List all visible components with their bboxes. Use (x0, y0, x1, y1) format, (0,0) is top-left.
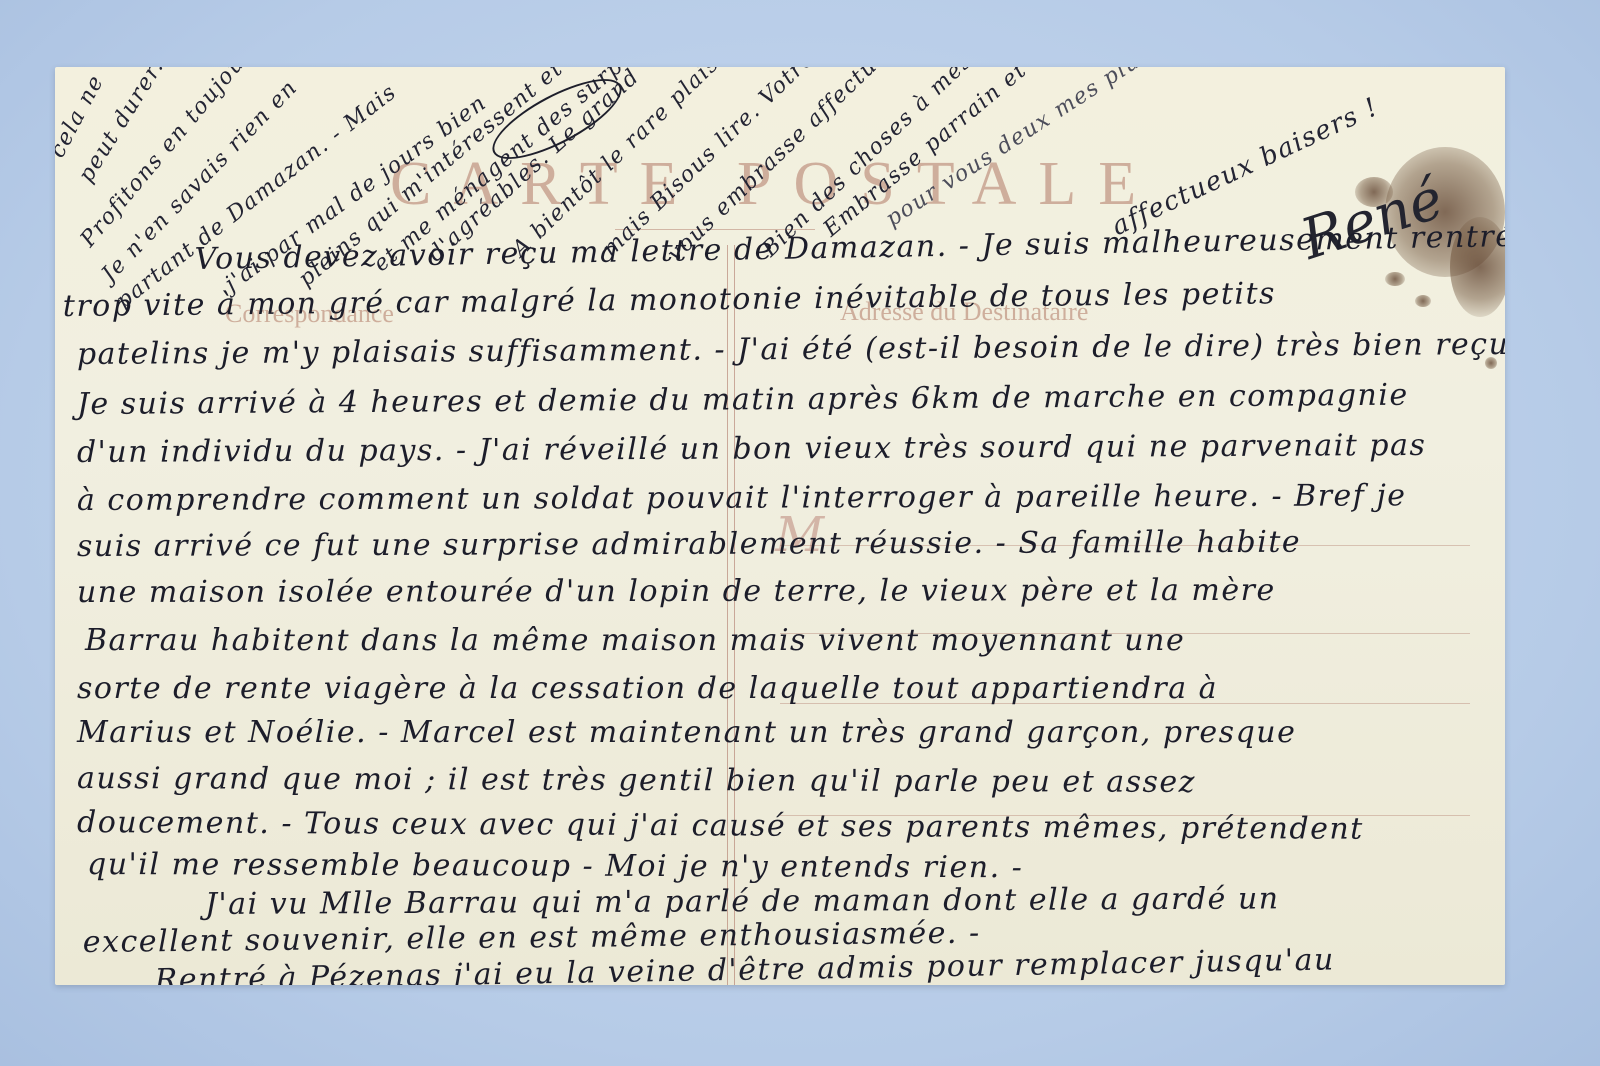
body-line: patelins je m'y plaisais suffisamment. -… (77, 327, 1505, 372)
body-line: Barrau habitent dans la même maison mais… (85, 623, 1185, 658)
ink-stain (1415, 295, 1431, 307)
body-line: suis arrivé ce fut une surprise admirabl… (77, 525, 1301, 564)
body-line: Marius et Noélie. - Marcel est maintenan… (77, 715, 1296, 750)
postcard: CARTE POSTALE Correspondance Adresse du … (55, 67, 1505, 985)
body-line: à comprendre comment un soldat pouvait l… (77, 478, 1407, 518)
body-line: doucement. - Tous ceux avec qui j'ai cau… (77, 805, 1364, 847)
body-line: une maison isolée entourée d'un lopin de… (77, 573, 1276, 610)
body-line: sorte de rente viagère à la cessation de… (77, 671, 1218, 706)
body-line: aussi grand que moi ; il est très gentil… (77, 761, 1196, 800)
body-line: J'ai vu Mlle Barrau qui m'a parlé de mam… (205, 881, 1280, 922)
body-line: d'un individu du pays. - J'ai réveillé u… (77, 428, 1427, 470)
ink-stain (1385, 272, 1405, 286)
body-line: Je suis arrivé à 4 heures et demie du ma… (77, 378, 1409, 422)
body-line: qu'il me ressemble beaucoup - Moi je n'y… (87, 847, 1023, 885)
